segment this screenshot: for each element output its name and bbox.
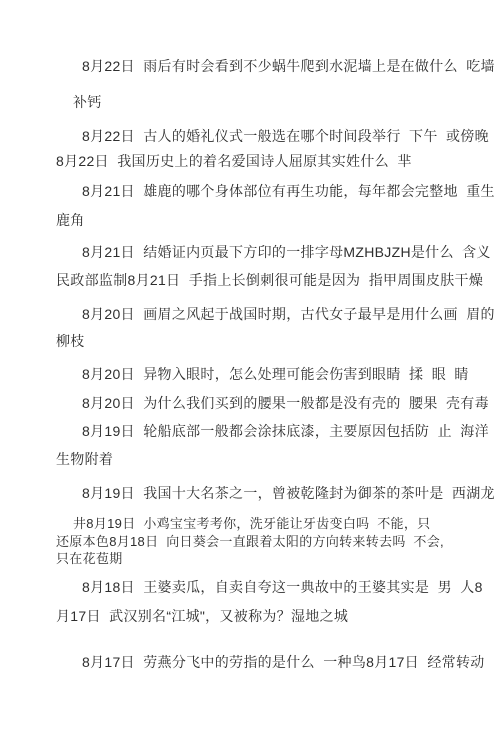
text-line: 8月22日 雨后有时会看到不少蜗牛爬到水泥墙上是在做什么 吃墙 (82, 57, 495, 75)
document-page: 8月22日 雨后有时会看到不少蜗牛爬到水泥墙上是在做什么 吃墙补钙8月22日 古… (0, 0, 500, 733)
text-line: 8月20日 画眉之风起于战国时期，古代女子最早是用什么画 眉的 (82, 305, 495, 323)
text-line: 8月17日 劳燕分飞中的劳指的是什么 一种鸟8月17日 经常转动 (82, 653, 485, 671)
text-line: 8月22日 古人的婚礼仪式一般选在哪个时间段举行 下午 或傍晚 (82, 127, 489, 145)
text-line: 补钙 (73, 93, 102, 111)
text-line: 月17日 武汉别名“江城"，又被称为？湿地之城 (56, 607, 348, 625)
text-line: 8月19日 我国十大名茶之一，曾被乾隆封为御茶的茶叶是 西湖龙 (82, 484, 495, 502)
text-line: 8月18日 王婆卖瓜，自卖自夸这一典故中的王婆其实是 男 人8 (82, 578, 483, 596)
text-line: 生物附着 (56, 450, 113, 468)
text-line: 8月22日 我国历史上的着名爱国诗人屈原其实姓什么 芈 (56, 152, 412, 170)
text-line: 鹿角 (56, 211, 85, 229)
text-line: 民政部监制8月21日 手指上长倒刺很可能是因为 指甲周围皮肤干燥 (56, 271, 483, 289)
text-line: 8月19日 轮船底部一般都会涂抹底漆，主要原因包括防 止 海洋 (82, 422, 489, 440)
text-line: 井8月19日 小鸡宝宝考考你，洗牙能让牙齿变白吗 不能，只 (73, 516, 430, 532)
text-line: 8月21日 结婚证内页最下方印的一排字母MZHBJZH是什么 含义 (82, 243, 491, 261)
text-line: 柳枝 (56, 332, 85, 350)
text-line: 只在花苞期 (56, 551, 123, 567)
text-line: 还原本色8月18日 向日葵会一直跟着太阳的方向转来转去吗 不会, (56, 534, 444, 550)
text-line: 8月21日 雄鹿的哪个身体部位有再生功能，每年都会完整地 重生 (82, 182, 495, 200)
text-line: 8月20日 为什么我们买到的腰果一般都是没有壳的 腰果 壳有毒 (82, 394, 489, 412)
text-line: 8月20日 异物入眼时，怎么处理可能会伤害到眼睛 揉 眼 睛 (82, 365, 469, 383)
